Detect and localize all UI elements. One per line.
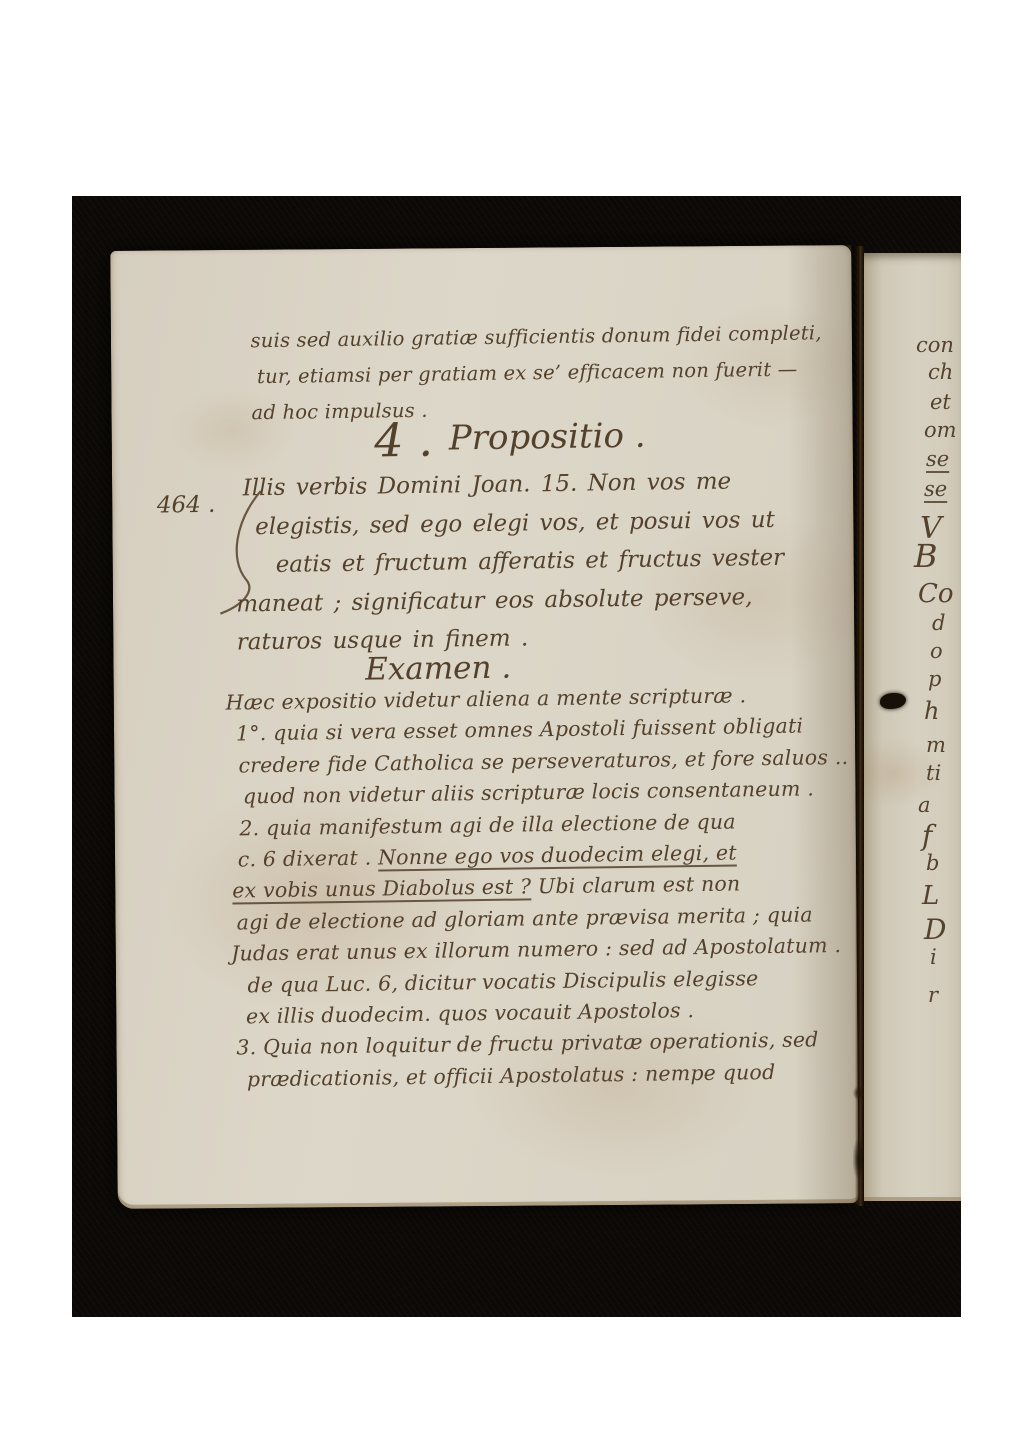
next-page-fragment: B [914, 537, 938, 575]
next-page-fragment: con [916, 333, 954, 357]
next-page-fragment: f [922, 819, 932, 852]
next-page-fragment: a [918, 793, 931, 817]
next-page-edge: con ch et om se se V B Co d o p h m ti a… [864, 253, 961, 1201]
line-segment: c. 6 dixerat . [238, 846, 379, 872]
next-page-fragment: ti [926, 761, 941, 785]
next-page-fragment: b [926, 851, 939, 875]
margin-number: 464 . [157, 492, 216, 519]
handwriting-layer: suis sed auxilio gratiæ sufficientis don… [107, 243, 861, 1211]
next-page-fragment: L [922, 881, 939, 911]
manuscript-page: suis sed auxilio gratiæ sufficientis don… [110, 245, 859, 1209]
next-page-fragment: o [930, 639, 943, 663]
manuscript-line: maneat ; significatur eos absolute perse… [236, 577, 785, 623]
next-page-fragment: om [924, 418, 957, 442]
next-page-fragment: m [926, 733, 946, 757]
next-page-fragment: p [928, 667, 941, 691]
next-page-fragment: D [924, 913, 946, 946]
heading-title: Propositio . [449, 416, 646, 459]
next-page-fragment: d [932, 611, 945, 635]
heading-numeral: 4 . [374, 413, 433, 468]
paper-hole [880, 693, 906, 709]
next-page-fragment: se [926, 447, 949, 471]
next-page-fragment: h [924, 697, 939, 725]
book-gutter [855, 246, 864, 1206]
proposition-paragraph: Illis verbis Domini Joan. 15. Non vos me… [230, 462, 785, 662]
propositio-heading: 4 .Propositio . [310, 409, 711, 469]
underlined-phrase: Nonne ego vos duodecim elegi, et [378, 841, 737, 870]
next-page-fragment: et [930, 390, 951, 414]
line-segment: Ubi clarum est non [531, 872, 740, 899]
next-page-fragment: i [930, 945, 937, 969]
underlined-phrase: ex vobis unus Diabolus est ? [232, 875, 531, 903]
manuscript-line: eatis et fructum afferatis et fructus ve… [275, 539, 784, 585]
manuscript-scan: suis sed auxilio gratiæ sufficientis don… [0, 0, 1024, 1448]
photo-backdrop: suis sed auxilio gratiæ sufficientis don… [72, 196, 961, 1317]
examen-heading: Examen . [365, 650, 512, 688]
examen-paragraph: Hæc expositio videtur aliena a mente scr… [225, 679, 852, 1096]
next-page-fragment: ch [928, 360, 953, 384]
next-page-fragment: r [928, 983, 938, 1007]
next-page-fragment: se [924, 477, 947, 501]
next-page-fragment: Co [918, 579, 954, 609]
